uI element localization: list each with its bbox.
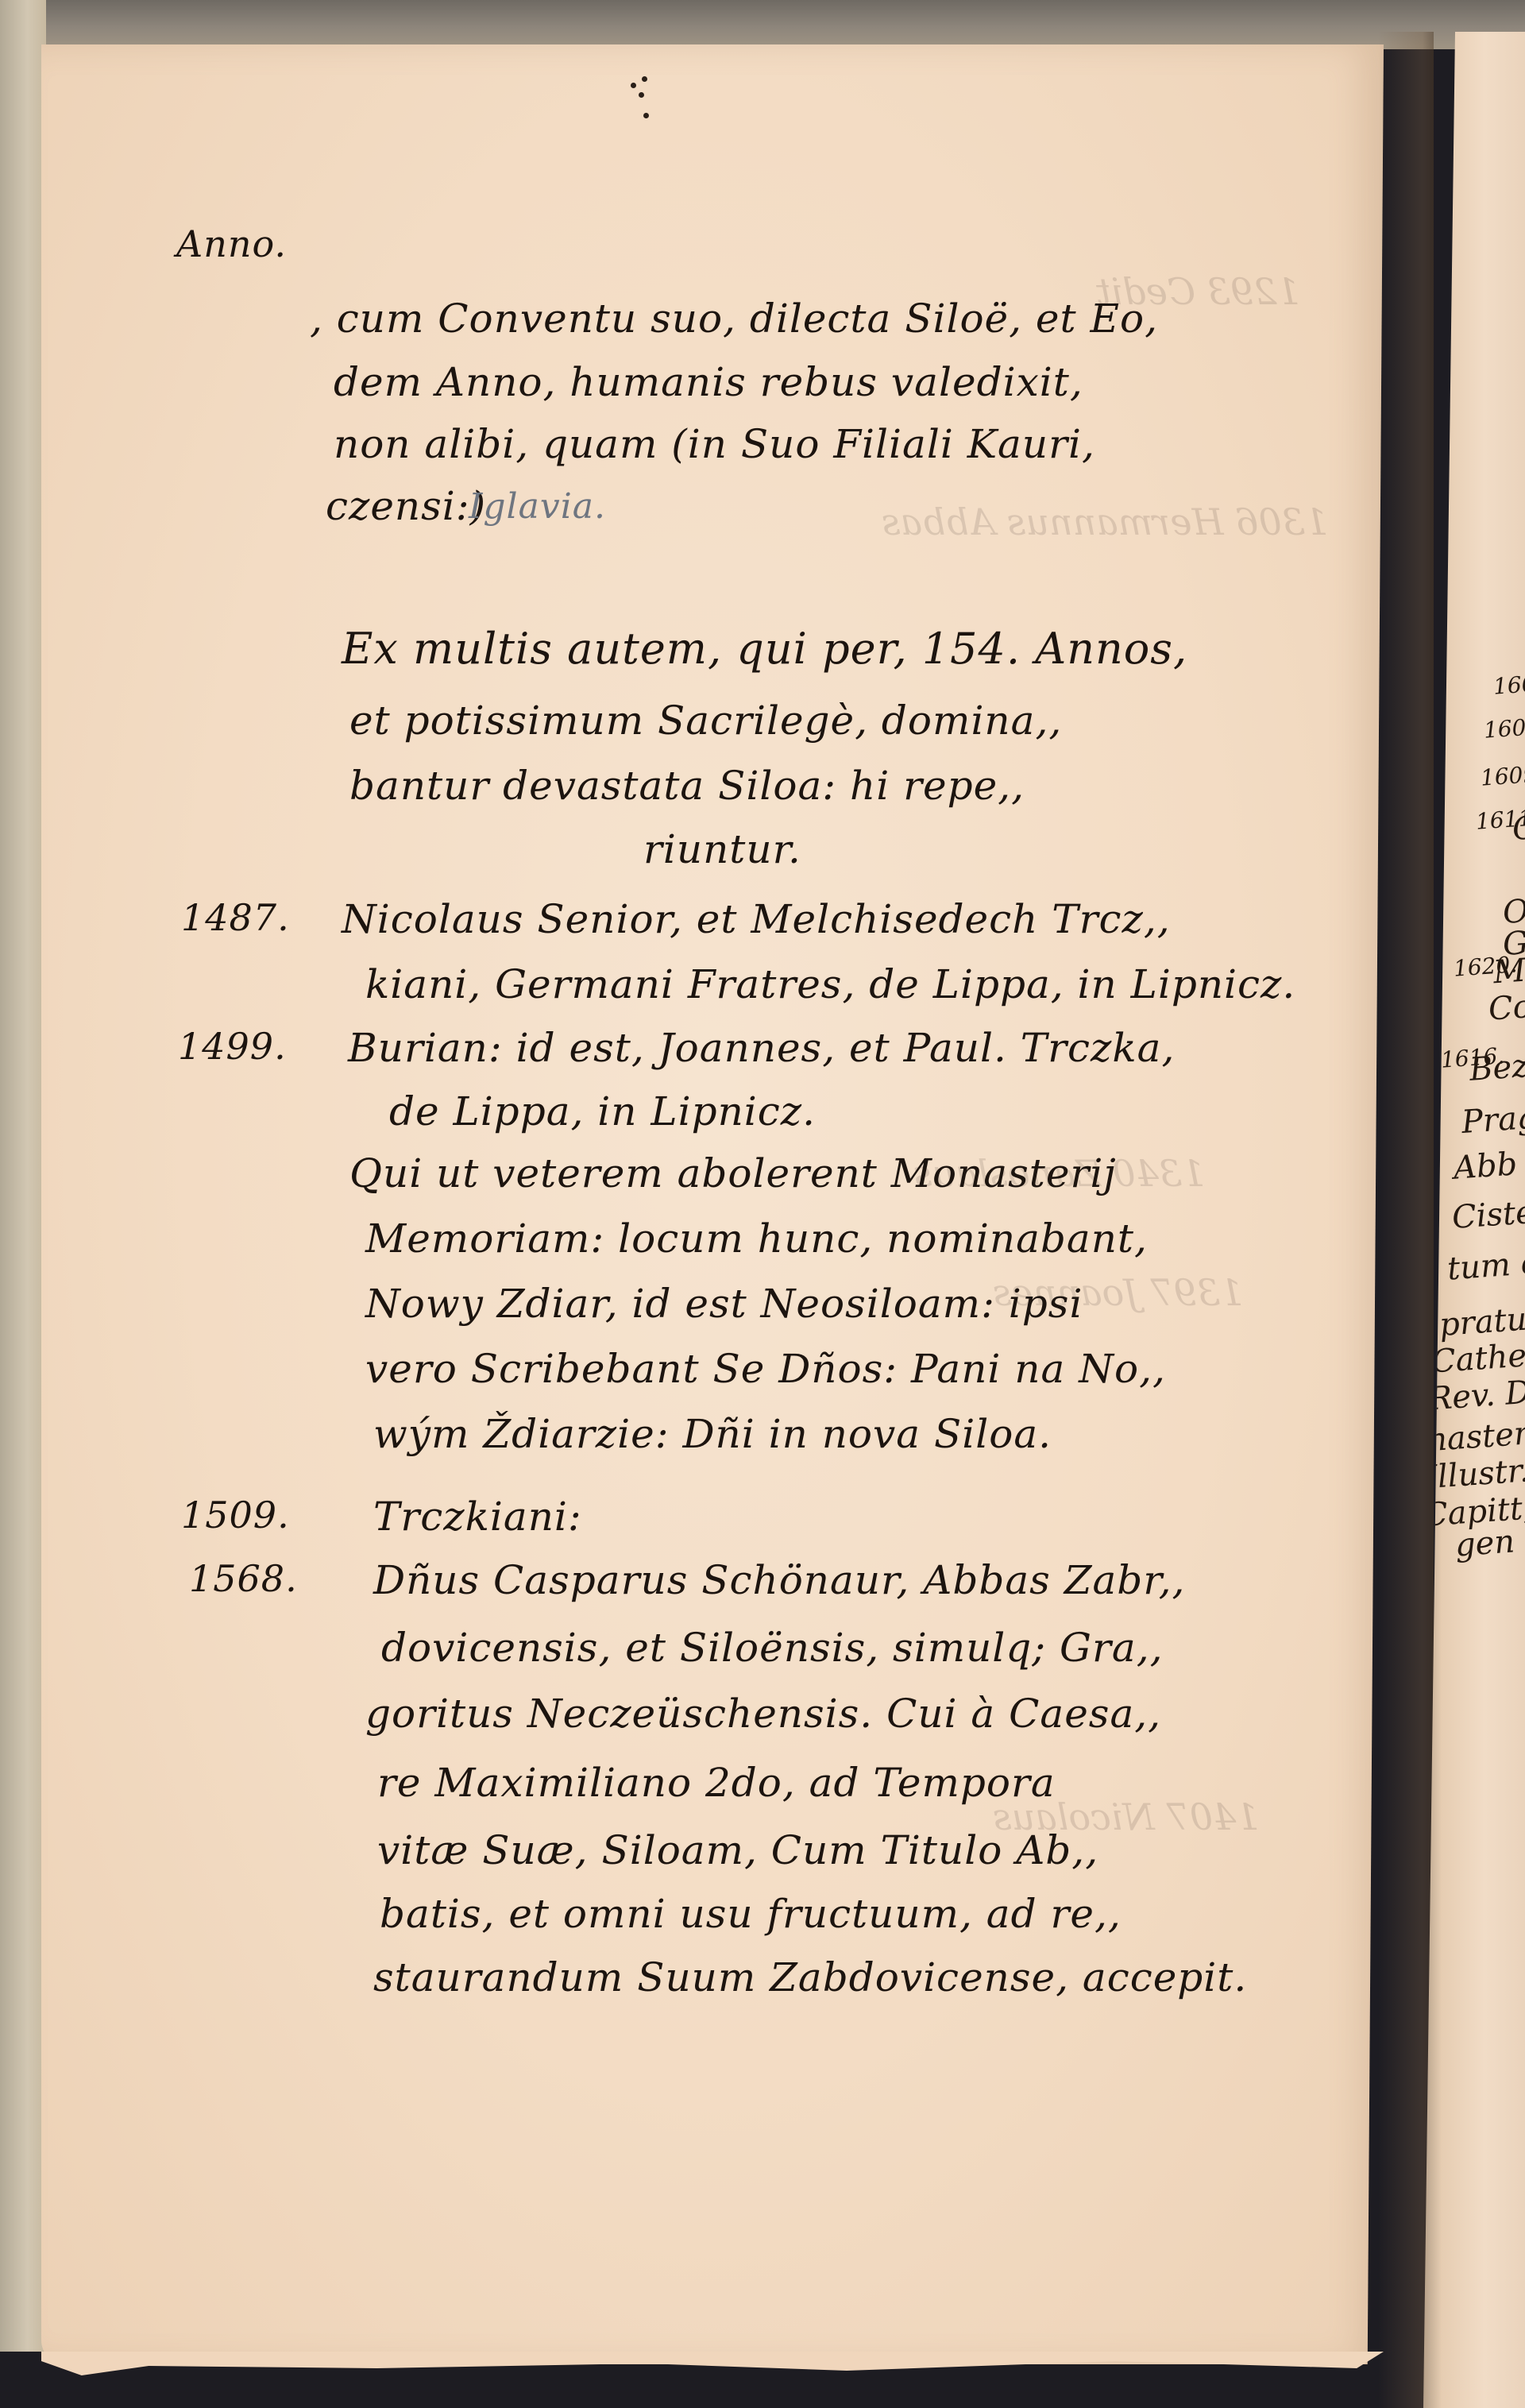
entry-year: 1509. [181,1494,290,1536]
entry-line: de Lippa, in Lipnicz. [389,1088,816,1134]
header-mark-dots [627,73,659,121]
bleed-through-text: 1306 Hermannus Abbas [882,501,1328,543]
entry-line: Memoriam: locum hunc, nominabant, [365,1216,1148,1262]
facing-line: tum et [1446,1243,1525,1287]
facing-line: pratum [1438,1299,1525,1343]
entry-line: vero Scribebant Se Dños: Pani na No,, [365,1346,1166,1392]
facing-line: Cisterc [1451,1192,1525,1236]
facing-page-fragment: 1603. 1606. 1609. 1611. O O G 1620. M Co… [1423,32,1525,2408]
ex-multis-line-2: et potissimum Sacrilegè, domina,, [349,698,1062,744]
entry-year: 1499. [178,1025,287,1068]
entry-line: Qui ut veterem abolerent Monasterij [349,1150,1117,1196]
facing-margin-year: 1609. [1480,760,1525,791]
ex-multis-line-1: Ex multis autem, qui per, 154. Annos, [342,624,1187,674]
pencil-annotation: Iglavia. [469,486,606,527]
facing-margin-year: 1606. [1483,713,1525,744]
entry-line: goritus Neczeüschensis. Cui à Caesa,, [365,1691,1161,1737]
entry-line: Dñus Casparus Schönaur, Abbas Zabr,, [373,1557,1185,1603]
heading-anno: Anno. [176,222,287,265]
facing-line: Pragen [1461,1096,1525,1141]
entry-line: Trczkiani: [373,1494,582,1540]
entry-line: Nicolaus Senior, et Melchisedech Trcz,, [342,896,1171,942]
entry-line: re Maximiliano 2do, ad Tempora [377,1760,1056,1806]
entry-year: 1568. [189,1557,298,1600]
book-spine-left [0,0,46,2352]
entry-line: Burian: id est, Joannes, et Paul. Trczka… [348,1025,1175,1071]
facing-margin-year: 1603. [1492,669,1525,700]
entry-line: batis, et omni usu fructuum, ad re,, [380,1891,1122,1937]
entry-line: dovicensis, et Siloënsis, simulq; Gra,, [381,1625,1163,1671]
opening-line-3: non alibi, quam (in Suo Filiali Kauri, [334,421,1095,467]
entry-line: kiani, Germani Fratres, de Lippa, in Lip… [365,961,1295,1007]
facing-line: O [1511,810,1525,848]
ex-multis-line-4: riuntur. [643,826,801,872]
book-binding-top [0,0,1525,49]
entry-line: wým Ždiarzie: Dñi in nova Siloa. [373,1411,1052,1457]
entry-year: 1487. [181,896,290,939]
opening-line-2: dem Anno, humanis rebus valedixit, [334,359,1083,405]
gutter-shadow [1378,32,1434,2408]
entry-line: vitæ Suæ, Siloam, Cum Titulo Ab,, [377,1827,1098,1873]
facing-line: Abb [1452,1146,1518,1186]
opening-line-1: , cum Conventu suo, dilecta Siloë, et Eo… [310,296,1158,342]
entry-line: staurandum Suum Zabdovicense, accepit. [373,1954,1247,2000]
facing-line: nasterij [1426,1414,1525,1459]
ex-multis-line-3: bantur devastata Siloa: hi repe,, [349,763,1025,809]
entry-line: Nowy Zdiar, id est Neosiloam: ipsi [365,1281,1083,1327]
facing-line: M [1492,953,1525,991]
opening-line-4: czensi:) [326,483,486,529]
facing-line: Bezd. [1469,1046,1525,1088]
facing-line: gen [1454,1523,1515,1563]
facing-line: Cob [1487,987,1525,1027]
